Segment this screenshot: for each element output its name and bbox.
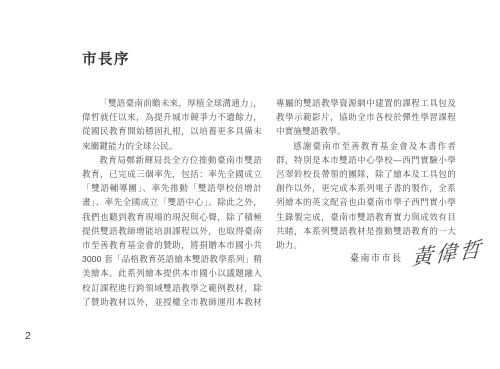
body-text-columns: 「雙語臺南前瞻未來，厚植全球溝通力」，偉哲就任以來，為提升城市競爭力不遺餘力，從… — [82, 96, 456, 314]
signature-block: 臺南市市長 黃偉哲 — [350, 242, 484, 272]
page-number: 2 — [25, 330, 31, 342]
paragraph-intro: 「雙語臺南前瞻未來，厚植全球溝通力」，偉哲就任以來，為提升城市競爭力不遺餘力，從… — [82, 96, 262, 153]
book-page: 市長序 「雙語臺南前瞻未來，厚植全球溝通力」，偉哲就任以來，為提升城市競爭力不遺… — [0, 0, 500, 369]
signature-role-label: 臺南市市長 — [350, 251, 403, 264]
paragraph-acknowledgement: 感謝臺南市至善教育基金會及本書作者群，特別是本市雙語中心學校—西門實驗小學呂翠鈴… — [276, 139, 456, 253]
page-title: 市長序 — [82, 48, 130, 69]
